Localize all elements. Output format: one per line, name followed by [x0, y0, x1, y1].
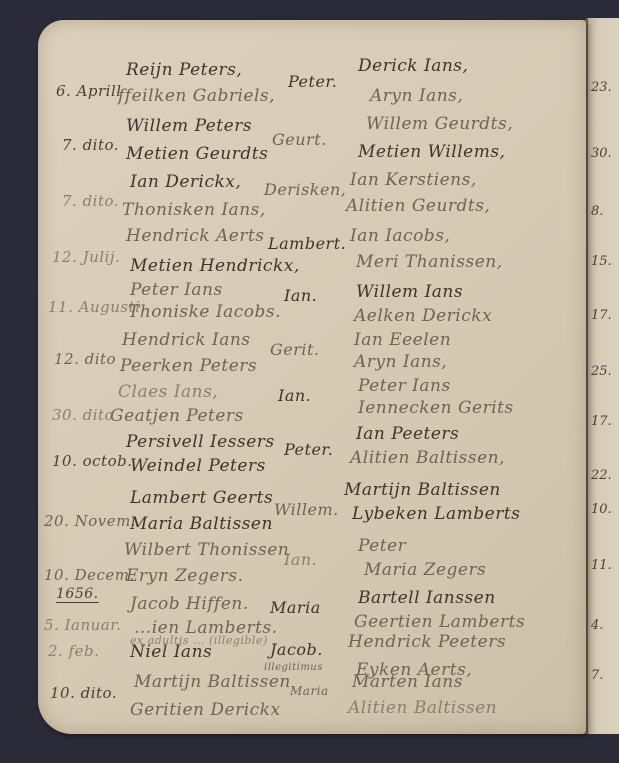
entry-child: Ian.: [278, 386, 311, 405]
entry-father: Peter Ians: [130, 280, 223, 300]
margin-number: 30.: [591, 146, 612, 161]
entry-date: 10. octob.: [52, 452, 132, 470]
entry-date: 2. feb.: [48, 642, 99, 660]
entry-witness: Aryn Ians,: [354, 352, 447, 372]
entry-father: Claes Ians,: [118, 382, 218, 402]
entry-child: Jacob.: [270, 640, 323, 659]
entry-father: Hendrick Ians: [122, 330, 251, 350]
entry-father: Lambert Geerts: [130, 488, 273, 508]
entry-witness: Metien Willems,: [358, 142, 505, 162]
entry-witness: Martijn Baltissen: [344, 480, 501, 500]
entry-witness: Ian Kerstiens,: [350, 170, 477, 190]
entry-child: Peter.: [288, 72, 337, 91]
entry-father: Persivell Iessers: [126, 432, 275, 452]
entry-mother: Geatjen Peters: [110, 406, 244, 426]
entry-mother: ffeilken Gabriels,: [118, 86, 275, 106]
entry-mother: Geritien Derickx: [130, 700, 281, 720]
entry-witness: Alitien Geurdts,: [346, 196, 490, 216]
margin-number: 25.: [591, 364, 612, 379]
entry-witness: Aryn Ians,: [370, 86, 463, 106]
margin-number: 4.: [591, 618, 603, 633]
entry-father: Wilbert Thonissen: [124, 540, 289, 560]
margin-number: 10.: [591, 502, 612, 517]
margin-number: 22.: [591, 468, 612, 483]
entry-date: 7. dito.: [62, 136, 119, 154]
entry-mother: Metien Hendrickx,: [130, 256, 300, 276]
entry-witness: Ian Eeelen: [354, 330, 451, 350]
entry-father: Reijn Peters,: [126, 60, 242, 80]
margin-number: 17.: [591, 308, 612, 323]
entry-mother: Metien Geurdts: [126, 144, 268, 164]
entry-witness: Meri Thanissen,: [356, 252, 503, 272]
entry-mother: Eryn Zegers.: [126, 566, 244, 586]
entry-date: 10. Decem.: [44, 566, 135, 584]
entry-date: 12. Julij.: [52, 248, 120, 266]
entry-child: Willem.: [274, 500, 339, 519]
margin-number: 15.: [591, 254, 612, 269]
manuscript-page: 6. Aprill Reijn Peters, ffeilken Gabriel…: [38, 20, 586, 734]
entry-mother: Weindel Peters: [130, 456, 266, 476]
entry-witness: Lybeken Lamberts: [352, 504, 520, 524]
entry-mother: Thoniske Iacobs.: [128, 302, 281, 322]
facing-page: 23. 30. 8. 15. 17. 25. 17. 22. 10. 11. 4…: [586, 18, 619, 734]
entry-witness: Willem Ians: [356, 282, 463, 302]
entry-witness: Aelken Derickx: [354, 306, 492, 326]
entry-child: Gerit.: [270, 340, 320, 359]
entry-mother: Peerken Peters: [120, 356, 257, 376]
entry-child: Lambert.: [268, 234, 346, 253]
year-marker: 1656.: [56, 586, 99, 603]
margin-number: 8.: [591, 204, 603, 219]
margin-number: 7.: [591, 668, 603, 683]
entry-child: Ian.: [284, 286, 317, 305]
entry-witness: Willem Geurdts,: [366, 114, 513, 134]
entry-mother: Thonisken Ians,: [122, 200, 266, 220]
entry-child: Geurt.: [272, 130, 327, 149]
entry-witness: Ian Peeters: [356, 424, 459, 444]
entry-child: Maria: [290, 684, 329, 698]
entry-child: Derisken,: [264, 180, 346, 199]
entry-mother: Maria Baltissen: [130, 514, 273, 534]
entry-child: Peter.: [284, 440, 333, 459]
entry-witness: Alitien Baltissen,: [350, 448, 505, 468]
entry-father: Willem Peters: [126, 116, 252, 136]
entry-father: Jacob Hiffen.: [130, 594, 249, 614]
entry-witness: Marten Ians: [352, 672, 463, 692]
entry-father: Ian Derickx,: [130, 172, 241, 192]
entry-witness: Hendrick Peeters: [348, 632, 506, 652]
entry-date: 20. Novem.: [44, 512, 136, 530]
entry-witness: Peter Ians: [358, 376, 451, 396]
entry-witness: Geertien Lamberts: [354, 612, 525, 632]
margin-number: 23.: [591, 80, 612, 95]
entry-witness: Ian Iacobs,: [350, 226, 450, 246]
entry-witness: Iennecken Gerits: [358, 398, 514, 418]
entry-witness: Bartell Ianssen: [358, 588, 496, 608]
entry-date: 10. dito.: [50, 684, 117, 702]
margin-number: 17.: [591, 414, 612, 429]
entry-date: 30. dito: [52, 406, 114, 424]
entry-child: Maria: [270, 598, 321, 617]
margin-number: 11.: [591, 558, 612, 573]
entry-child: Ian.: [284, 550, 317, 569]
entry-father: Niel Ians: [130, 642, 212, 662]
entry-date: 12. dito: [54, 350, 116, 368]
entry-witness: Peter: [358, 536, 406, 556]
entry-witness: Maria Zegers: [364, 560, 486, 580]
entry-father: Martijn Baltissen: [134, 672, 291, 692]
entry-witness: Alitien Baltissen: [348, 698, 497, 718]
entry-date: 6. Aprill: [56, 82, 122, 100]
entry-father: Hendrick Aerts: [126, 226, 265, 246]
entry-date: 5. Ianuar.: [44, 616, 122, 634]
entry-date: 7. dito.: [62, 192, 119, 210]
entry-witness: Derick Ians,: [358, 56, 468, 76]
